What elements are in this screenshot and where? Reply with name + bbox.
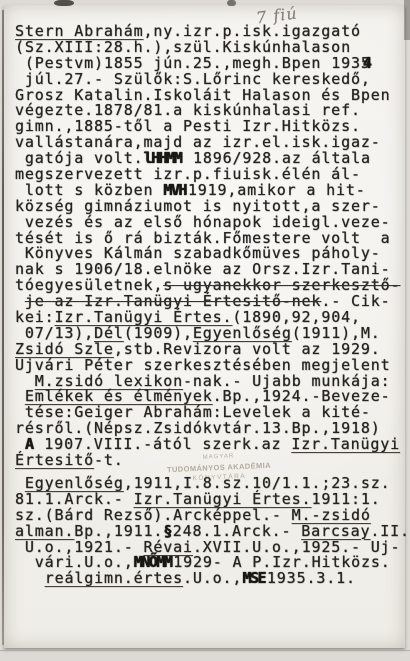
catalog-card-scan: 7 fiú Stern Abrahám,ny.izr.p.isk.igazgat… — [0, 0, 410, 661]
text-segment: reálgimn.értes — [45, 569, 183, 587]
scan-artifact — [227, 0, 236, 6]
scan-artifact — [54, 0, 74, 6]
text-segment: -t. — [94, 451, 124, 469]
text-segment: MSE — [242, 569, 265, 587]
scan-edge-bottom — [0, 650, 410, 651]
text-segment: Izr.Tanügyi — [291, 435, 400, 453]
text-segment: 1935.3.1. — [267, 569, 356, 587]
paragraph-1: Stern Abrahám,ny.izr.p.isk.igazgató(Sz.X… — [15, 24, 408, 469]
typewritten-line: reálgimn.értes.U.o.,MSE1935.3.1. — [15, 571, 408, 587]
text-segment: Értesitő — [15, 451, 94, 469]
scan-edge-left — [2, 10, 4, 645]
typewritten-text: Stern Abrahám,ny.izr.p.isk.igazgató(Sz.X… — [15, 24, 408, 587]
typewritten-line: Értesitő-t. — [15, 453, 408, 469]
text-segment: .U.o., — [183, 569, 242, 587]
paragraph-2: Egyenlőség,1911,I.8.sz.10/1.1.;23.sz.81.… — [15, 476, 408, 587]
